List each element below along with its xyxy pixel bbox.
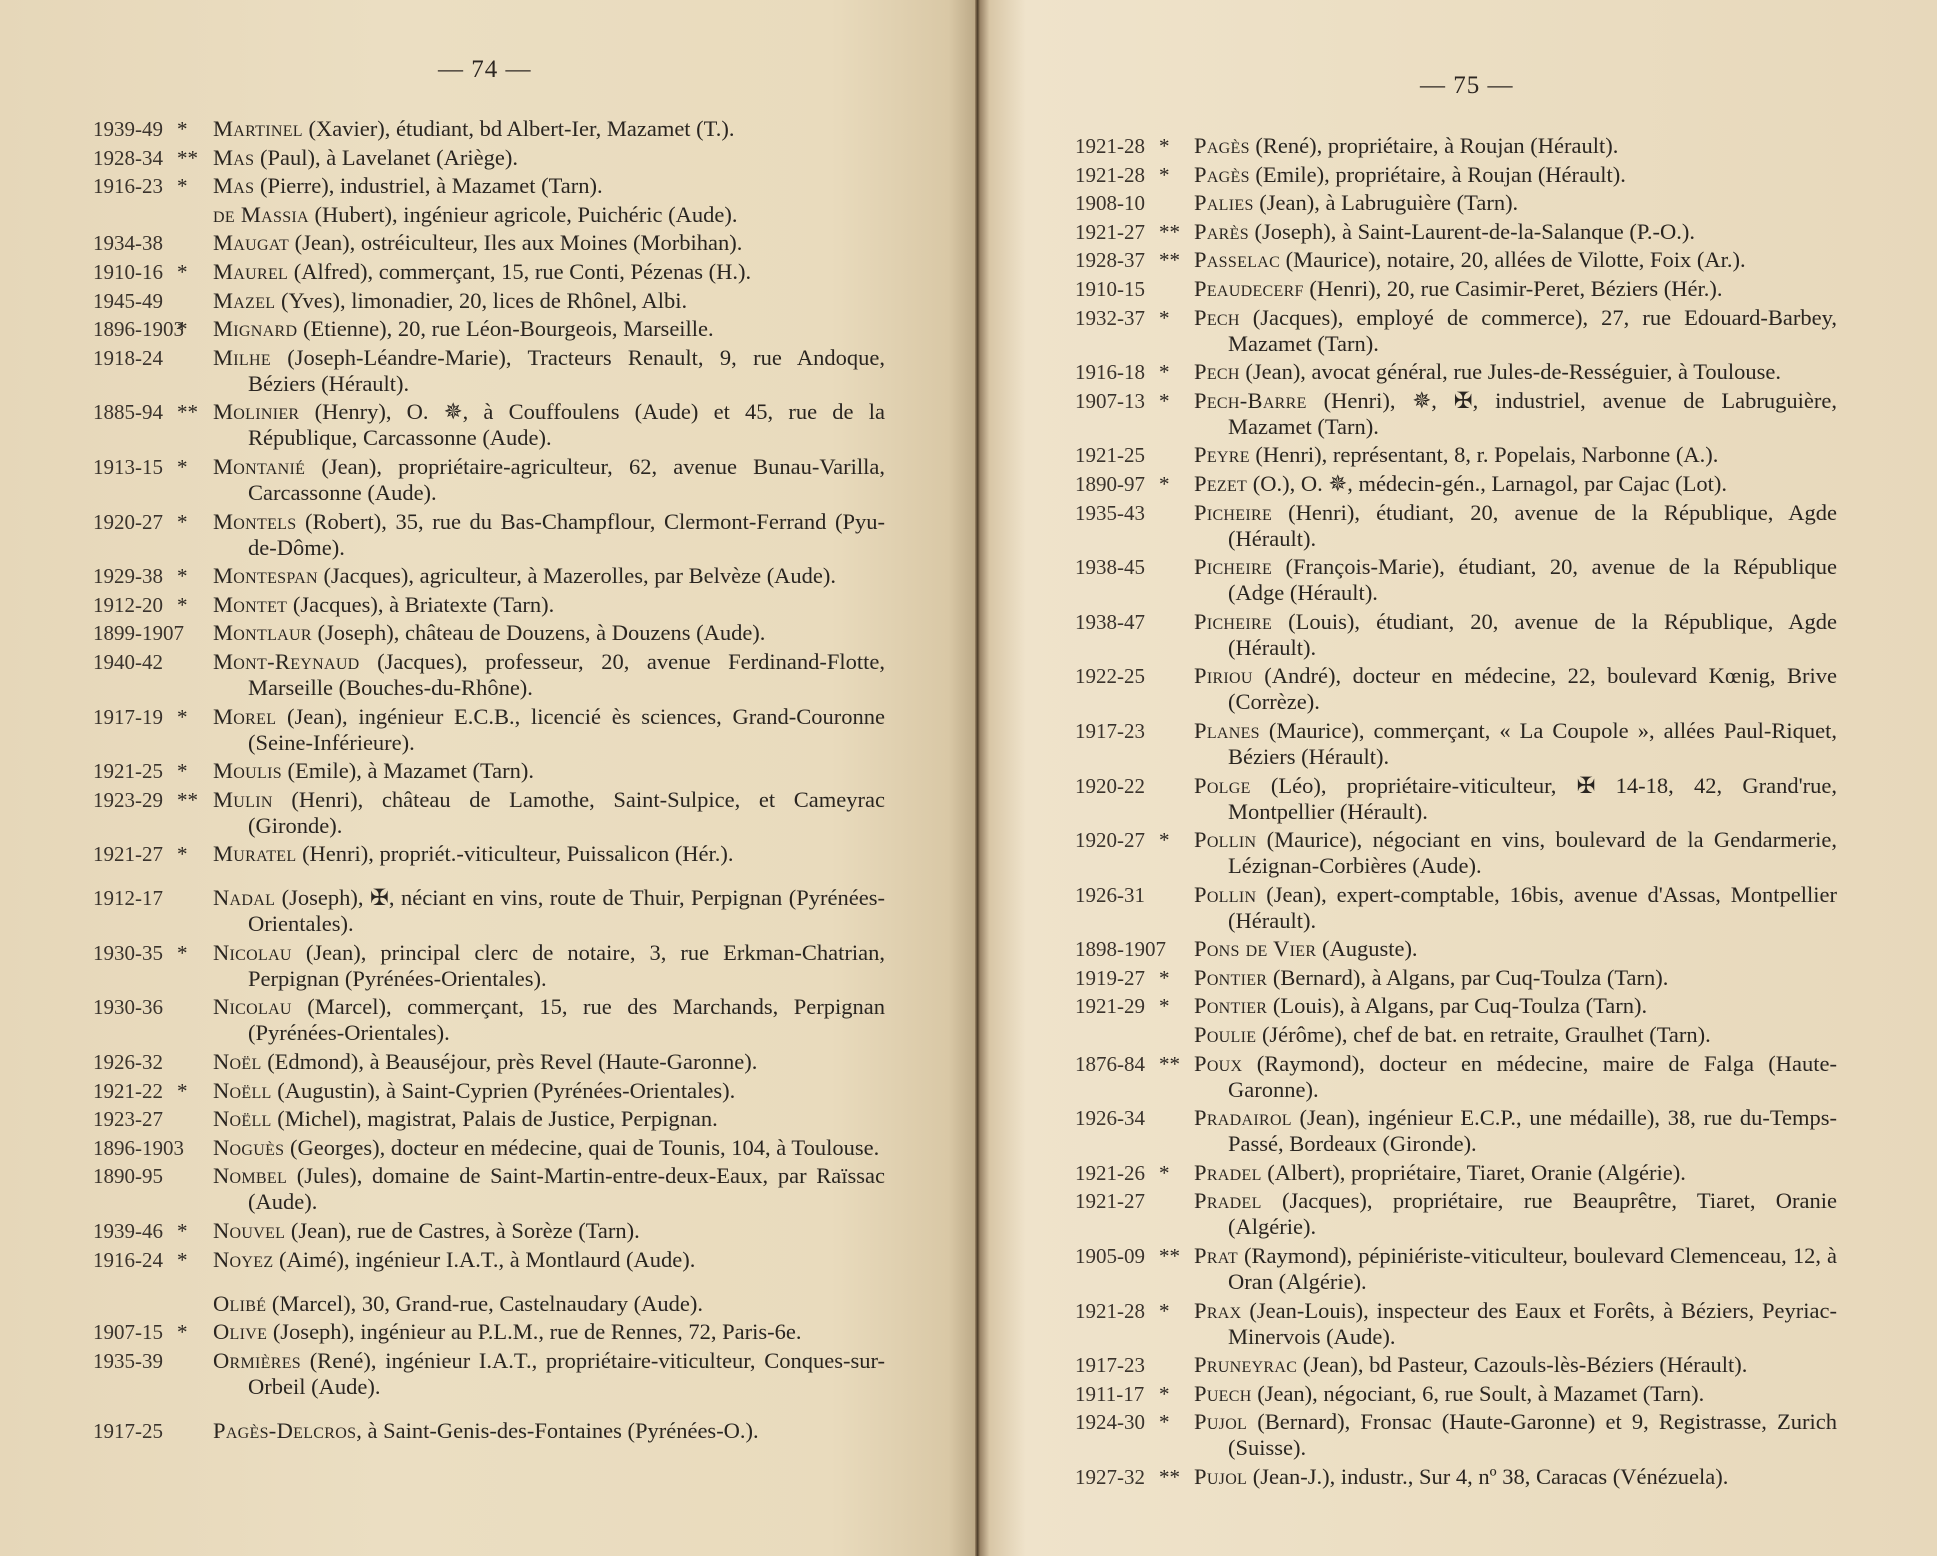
entry-body: Mazel (Yves), limonadier, 20, lices de R… xyxy=(93,288,885,314)
entry-surname: Moulis xyxy=(213,758,282,783)
entry-surname: Pujol xyxy=(1194,1464,1247,1489)
entry-body: Muratel (Henri), propriét.-viticulteur, … xyxy=(93,841,885,867)
list-item: 1912-17Nadal (Joseph), ✠, néciant en vin… xyxy=(93,885,885,937)
entry-details: (Léo), propriétaire-viticulteur, ✠ 14-18… xyxy=(1228,773,1837,824)
entry-body: Martinel (Xavier), étudiant, bd Albert-I… xyxy=(93,116,885,142)
entry-surname: Picheire xyxy=(1194,500,1272,525)
entry-body: Picheire (Henri), étudiant, 20, avenue d… xyxy=(1075,500,1837,552)
list-item: 1908-10Palies (Jean), à Labruguière (Tar… xyxy=(1075,190,1837,216)
page-number: — 75 — xyxy=(1420,72,1514,100)
entry-body: Picheire (François-Marie), étudiant, 20,… xyxy=(1075,554,1837,606)
entry-details: (Xavier), étudiant, bd Albert-Ier, Mazam… xyxy=(303,116,735,141)
entry-years: 1921-25 xyxy=(93,758,163,784)
entry-details: (Augustin), à Saint-Cyprien (Pyrénées-Or… xyxy=(272,1078,736,1103)
entry-years: 1912-20 xyxy=(93,592,163,618)
entry-list: 1921-28*Pagès (René), propriétaire, à Ro… xyxy=(1075,133,1837,1493)
entry-mark: * xyxy=(1159,388,1170,414)
entry-surname: Peaudecerf xyxy=(1194,276,1304,301)
entry-surname: Pagès-Delcros xyxy=(213,1418,356,1443)
entry-years: 1920-27 xyxy=(1075,827,1145,853)
entry-surname: Prax xyxy=(1194,1298,1242,1323)
entry-mark: * xyxy=(177,841,188,867)
entry-details: (Henri), représentant, 8, r. Popelais, N… xyxy=(1250,442,1719,467)
entry-surname: Pontier xyxy=(1194,965,1267,990)
entry-body: Pujol (Bernard), Fronsac (Haute-Garonne)… xyxy=(1075,1409,1837,1461)
list-item: 1890-95Nombel (Jules), domaine de Saint-… xyxy=(93,1163,885,1215)
entry-years: 1926-31 xyxy=(1075,882,1145,908)
entry-years: 1917-25 xyxy=(93,1418,163,1444)
entry-body: Mas (Paul), à Lavelanet (Ariège). xyxy=(93,145,885,171)
entry-surname: Noëll xyxy=(213,1106,272,1131)
entry-surname: Montet xyxy=(213,592,287,617)
entry-surname: Puech xyxy=(1194,1381,1252,1406)
entry-years: 1907-13 xyxy=(1075,388,1145,414)
entry-years: 1926-34 xyxy=(1075,1105,1145,1131)
entry-surname: Palies xyxy=(1194,190,1254,215)
entry-details: (Jacques), propriétaire, rue Beauprêtre,… xyxy=(1228,1188,1837,1239)
entry-surname: Mulin xyxy=(213,787,273,812)
entry-details: (Jean), négociant, 6, rue Soult, à Mazam… xyxy=(1252,1381,1705,1406)
entry-years: 1905-09 xyxy=(1075,1243,1145,1269)
entry-surname: Pradairol xyxy=(1194,1105,1292,1130)
entry-surname: Pezet xyxy=(1194,471,1247,496)
entry-details: (Jules), domaine de Saint-Martin-entre-d… xyxy=(248,1163,885,1214)
list-item: 1921-29*Pontier (Louis), à Algans, par C… xyxy=(1075,993,1837,1019)
entry-surname: Passelac xyxy=(1194,247,1280,272)
entry-years: 1917-19 xyxy=(93,704,163,730)
list-item: 1921-28*Pagès (René), propriétaire, à Ro… xyxy=(1075,133,1837,159)
entry-details: (René), ingénieur I.A.T., propriétaire-v… xyxy=(248,1348,885,1399)
entry-mark: * xyxy=(1159,827,1170,853)
entry-surname: Pruneyrac xyxy=(1194,1352,1297,1377)
entry-surname: Pollin xyxy=(1194,882,1256,907)
entry-surname: Pradel xyxy=(1194,1188,1262,1213)
list-item: 1928-37**Passelac (Maurice), notaire, 20… xyxy=(1075,247,1837,273)
entry-mark: * xyxy=(177,1319,188,1345)
entry-details: (Yves), limonadier, 20, lices de Rhônel,… xyxy=(275,288,687,313)
entry-surname: Mas xyxy=(213,145,254,170)
entry-details: (Jean), ingénieur E.C.B., licencié ès sc… xyxy=(248,704,885,755)
entry-surname: Morel xyxy=(213,704,276,729)
entry-surname: Poulie xyxy=(1194,1022,1256,1047)
entry-body: Pollin (Jean), expert-comptable, 16bis, … xyxy=(1075,882,1837,934)
book-gutter xyxy=(975,0,980,1556)
list-item: 1917-23Planes (Maurice), commerçant, « L… xyxy=(1075,718,1837,770)
list-item: 1932-37*Pech (Jacques), employé de comme… xyxy=(1075,305,1837,357)
entry-details: (Jean), ingénieur E.C.P., une médaille),… xyxy=(1228,1105,1837,1156)
entry-mark: ** xyxy=(177,399,198,425)
entry-mark: ** xyxy=(1159,1243,1180,1269)
entry-body: Pezet (O.), O. ✵, médecin-gén., Larnagol… xyxy=(1075,471,1837,497)
list-item: 1918-24Milhe (Joseph-Léandre-Marie), Tra… xyxy=(93,345,885,397)
entry-details: (Jacques), employé de commerce), 27, rue… xyxy=(1228,305,1837,356)
entry-years: 1927-32 xyxy=(1075,1464,1145,1490)
entry-details: (Henry), O. ✵, à Couffoulens (Aude) et 4… xyxy=(248,399,885,450)
entry-body: Noëll (Augustin), à Saint-Cyprien (Pyrén… xyxy=(93,1078,885,1104)
entry-body: Pradel (Albert), propriétaire, Tiaret, O… xyxy=(1075,1160,1837,1186)
entry-body: Noguès (Georges), docteur en médecine, q… xyxy=(93,1135,885,1161)
entry-mark: * xyxy=(1159,133,1170,159)
list-item: 1919-27*Pontier (Bernard), à Algans, par… xyxy=(1075,965,1837,991)
entry-body: Pradairol (Jean), ingénieur E.C.P., une … xyxy=(1075,1105,1837,1157)
entry-body: Pagès (René), propriétaire, à Roujan (Hé… xyxy=(1075,133,1837,159)
list-item: 1926-34Pradairol (Jean), ingénieur E.C.P… xyxy=(1075,1105,1837,1157)
list-item: 1926-32Noël (Edmond), à Beauséjour, près… xyxy=(93,1049,885,1075)
entry-mark: * xyxy=(1159,993,1170,1019)
entry-details: (Edmond), à Beauséjour, près Revel (Haut… xyxy=(262,1049,758,1074)
entry-surname: Mazel xyxy=(213,288,275,313)
entry-years: 1917-23 xyxy=(1075,718,1145,744)
entry-years: 1916-23 xyxy=(93,173,163,199)
entry-surname: Olibé xyxy=(213,1291,266,1316)
entry-mark: * xyxy=(1159,359,1170,385)
entry-details: , à Saint-Genis-des-Fontaines (Pyrénées-… xyxy=(356,1418,758,1443)
entry-body: Pech (Jacques), employé de commerce), 27… xyxy=(1075,305,1837,357)
entry-body: Puech (Jean), négociant, 6, rue Soult, à… xyxy=(1075,1381,1837,1407)
entry-details: (Jacques), à Briatexte (Tarn). xyxy=(287,592,554,617)
entry-body: Palies (Jean), à Labruguière (Tarn). xyxy=(1075,190,1837,216)
list-item: 1905-09**Prat (Raymond), pépiniériste-vi… xyxy=(1075,1243,1837,1295)
entry-mark: * xyxy=(177,116,188,142)
list-item: Poulie (Jérôme), chef de bat. en retrait… xyxy=(1075,1022,1837,1048)
list-item: 1923-27Noëll (Michel), magistrat, Palais… xyxy=(93,1106,885,1132)
entry-surname: Nouvel xyxy=(213,1218,285,1243)
entry-body: Picheire (Louis), étudiant, 20, avenue d… xyxy=(1075,609,1837,661)
entry-years: 1916-18 xyxy=(1075,359,1145,385)
entry-body: Milhe (Joseph-Léandre-Marie), Tracteurs … xyxy=(93,345,885,397)
entry-details: (Emile), à Mazamet (Tarn). xyxy=(282,758,534,783)
entry-details: (René), propriétaire, à Roujan (Hérault)… xyxy=(1250,133,1619,158)
entry-details: (Raymond), pépiniériste-viticulteur, bou… xyxy=(1228,1243,1837,1294)
list-item: Olibé (Marcel), 30, Grand-rue, Castelnau… xyxy=(93,1291,885,1317)
entry-years: 1896-1903 xyxy=(93,1135,184,1161)
entry-mark: ** xyxy=(1159,1464,1180,1490)
entry-surname: Pontier xyxy=(1194,993,1267,1018)
entry-years: 1939-49 xyxy=(93,116,163,142)
entry-details: (Joseph-Léandre-Marie), Tracteurs Renaul… xyxy=(248,345,885,396)
list-item: 1907-13*Pech-Barre (Henri), ✵, ✠, indust… xyxy=(1075,388,1837,440)
entry-years: 1921-28 xyxy=(1075,133,1145,159)
entry-body: Parès (Joseph), à Saint-Laurent-de-la-Sa… xyxy=(1075,219,1837,245)
entry-body: Mont-Reynaud (Jacques), professeur, 20, … xyxy=(93,649,885,701)
list-item: 1921-27**Parès (Joseph), à Saint-Laurent… xyxy=(1075,219,1837,245)
list-item: 1938-45Picheire (François-Marie), étudia… xyxy=(1075,554,1837,606)
list-item: 1921-25*Moulis (Emile), à Mazamet (Tarn)… xyxy=(93,758,885,784)
entry-body: de Massia (Hubert), ingénieur agricole, … xyxy=(93,202,885,228)
entry-surname: Picheire xyxy=(1194,554,1272,579)
entry-surname: Polge xyxy=(1194,773,1251,798)
entry-details: (Jean), principal clerc de notaire, 3, r… xyxy=(248,940,885,991)
entry-body: Noyez (Aimé), ingénieur I.A.T., à Montla… xyxy=(93,1247,885,1273)
entry-details: (Jean-J.), industr., Sur 4, nº 38, Carac… xyxy=(1247,1464,1728,1489)
entry-years: 1910-15 xyxy=(1075,276,1145,302)
entry-body: Ormières (René), ingénieur I.A.T., propr… xyxy=(93,1348,885,1400)
entry-body: Nicolau (Jean), principal clerc de notai… xyxy=(93,940,885,992)
entry-body: Prat (Raymond), pépiniériste-viticulteur… xyxy=(1075,1243,1837,1295)
entry-body: Pech (Jean), avocat général, rue Jules-d… xyxy=(1075,359,1837,385)
list-item: 1921-27*Muratel (Henri), propriét.-vitic… xyxy=(93,841,885,867)
entry-years: 1922-25 xyxy=(1075,663,1145,689)
list-item: 1927-32**Pujol (Jean-J.), industr., Sur … xyxy=(1075,1464,1837,1490)
list-item: 1921-22*Noëll (Augustin), à Saint-Cyprie… xyxy=(93,1078,885,1104)
list-item: 1926-31Pollin (Jean), expert-comptable, … xyxy=(1075,882,1837,934)
entry-surname: Pons de Vier xyxy=(1194,936,1316,961)
entry-years: 1929-38 xyxy=(93,563,163,589)
entry-surname: Pagès xyxy=(1194,133,1250,158)
entry-years: 1921-28 xyxy=(1075,162,1145,188)
entry-mark: * xyxy=(177,592,188,618)
entry-mark: * xyxy=(177,509,188,535)
entry-surname: Ormières xyxy=(213,1348,301,1373)
entry-body: Polge (Léo), propriétaire-viticulteur, ✠… xyxy=(1075,773,1837,825)
entry-years: 1935-43 xyxy=(1075,500,1145,526)
entry-details: (Jean), propriétaire-agriculteur, 62, av… xyxy=(248,454,885,505)
entry-years: 1919-27 xyxy=(1075,965,1145,991)
entry-years: 1935-39 xyxy=(93,1348,163,1374)
entry-surname: Montespan xyxy=(213,563,318,588)
list-item: 1912-20*Montet (Jacques), à Briatexte (T… xyxy=(93,592,885,618)
entry-body: Poux (Raymond), docteur en médecine, mai… xyxy=(1075,1051,1837,1103)
entry-years: 1899-1907 xyxy=(93,620,184,646)
entry-surname: Pagès xyxy=(1194,162,1250,187)
list-item: 1928-34**Mas (Paul), à Lavelanet (Ariège… xyxy=(93,145,885,171)
entry-surname: Pech xyxy=(1194,359,1240,384)
entry-mark: ** xyxy=(177,787,198,813)
entry-years: 1920-27 xyxy=(93,509,163,535)
list-item: 1921-27Pradel (Jacques), propriétaire, r… xyxy=(1075,1188,1837,1240)
entry-years: 1921-22 xyxy=(93,1078,163,1104)
list-item: 1920-22Polge (Léo), propriétaire-viticul… xyxy=(1075,773,1837,825)
entry-body: Pollin (Maurice), négociant en vins, bou… xyxy=(1075,827,1837,879)
list-item: 1940-42Mont-Reynaud (Jacques), professeu… xyxy=(93,649,885,701)
entry-details: (Raymond), docteur en médecine, maire de… xyxy=(1228,1051,1837,1102)
entry-details: (Jean), rue de Castres, à Sorèze (Tarn). xyxy=(285,1218,640,1243)
entry-details: (Hubert), ingénieur agricole, Puichéric … xyxy=(309,202,738,227)
entry-body: Passelac (Maurice), notaire, 20, allées … xyxy=(1075,247,1837,273)
entry-mark: * xyxy=(1159,162,1170,188)
entry-mark: * xyxy=(177,1218,188,1244)
entry-surname: Pollin xyxy=(1194,827,1256,852)
list-item: 1934-38Maugat (Jean), ostréiculteur, Ile… xyxy=(93,230,885,256)
list-item: 1921-26*Pradel (Albert), propriétaire, T… xyxy=(1075,1160,1837,1186)
entry-details: (Jean), bd Pasteur, Cazouls-lès-Béziers … xyxy=(1297,1352,1747,1377)
entry-body: Montlaur (Joseph), château de Douzens, à… xyxy=(93,620,885,646)
entry-details: (Jean), à Labruguière (Tarn). xyxy=(1254,190,1519,215)
entry-body: Mignard (Etienne), 20, rue Léon-Bourgeoi… xyxy=(93,316,885,342)
entry-surname: Martinel xyxy=(213,116,303,141)
entry-surname: Peyre xyxy=(1194,442,1250,467)
list-item: 1876-84**Poux (Raymond), docteur en méde… xyxy=(1075,1051,1837,1103)
entry-body: Pons de Vier (Auguste). xyxy=(1075,936,1837,962)
entry-mark: * xyxy=(1159,1160,1170,1186)
entry-years: 1928-34 xyxy=(93,145,163,171)
list-item: 1939-49*Martinel (Xavier), étudiant, bd … xyxy=(93,116,885,142)
entry-details: (Louis), à Algans, par Cuq-Toulza (Tarn)… xyxy=(1267,993,1647,1018)
list-item: 1929-38*Montespan (Jacques), agriculteur… xyxy=(93,563,885,589)
entry-years: 1923-27 xyxy=(93,1106,163,1132)
entry-surname: Parès xyxy=(1194,219,1249,244)
entry-surname: Mignard xyxy=(213,316,297,341)
entry-details: (Michel), magistrat, Palais de Justice, … xyxy=(272,1106,718,1131)
entry-years: 1938-47 xyxy=(1075,609,1145,635)
entry-surname: Piriou xyxy=(1194,663,1253,688)
entry-body: Nadal (Joseph), ✠, néciant en vins, rout… xyxy=(93,885,885,937)
entry-surname: Picheire xyxy=(1194,609,1272,634)
entry-years: 1930-35 xyxy=(93,940,163,966)
entry-body: Olive (Joseph), ingénieur au P.L.M., rue… xyxy=(93,1319,885,1345)
entry-details: (Aimé), ingénieur I.A.T., à Montlaurd (A… xyxy=(273,1247,695,1272)
entry-details: (Henri), ✵, ✠, industriel, avenue de Lab… xyxy=(1228,388,1837,439)
entry-body: Molinier (Henry), O. ✵, à Couffoulens (A… xyxy=(93,399,885,451)
entry-mark: * xyxy=(177,563,188,589)
entry-details: (Jean-Louis), inspecteur des Eaux et For… xyxy=(1228,1298,1837,1349)
entry-years: 1939-46 xyxy=(93,1218,163,1244)
entry-body: Prax (Jean-Louis), inspecteur des Eaux e… xyxy=(1075,1298,1837,1350)
entry-surname: Prat xyxy=(1194,1243,1238,1268)
entry-details: (O.), O. ✵, médecin-gén., Larnagol, par … xyxy=(1247,471,1727,496)
entry-years: 1890-95 xyxy=(93,1163,163,1189)
entry-body: Pontier (Bernard), à Algans, par Cuq-Tou… xyxy=(1075,965,1837,991)
entry-details: (Maurice), notaire, 20, allées de Vilott… xyxy=(1280,247,1746,272)
entry-surname: Muratel xyxy=(213,841,296,866)
entry-surname: Pujol xyxy=(1194,1409,1247,1434)
list-item: 1921-25Peyre (Henri), représentant, 8, r… xyxy=(1075,442,1837,468)
entry-mark: * xyxy=(1159,965,1170,991)
entry-surname: Mas xyxy=(213,173,254,198)
list-item: 1916-23*Mas (Pierre), industriel, à Maza… xyxy=(93,173,885,199)
entry-body: Poulie (Jérôme), chef de bat. en retrait… xyxy=(1075,1022,1837,1048)
list-item: 1916-18*Pech (Jean), avocat général, rue… xyxy=(1075,359,1837,385)
list-item: 1924-30*Pujol (Bernard), Fronsac (Haute-… xyxy=(1075,1409,1837,1461)
entry-details: (Jean), avocat général, rue Jules-de-Res… xyxy=(1240,359,1781,384)
entry-body: Maurel (Alfred), commerçant, 15, rue Con… xyxy=(93,259,885,285)
entry-years: 1918-24 xyxy=(93,345,163,371)
entry-years: 1940-42 xyxy=(93,649,163,675)
entry-body: Noëll (Michel), magistrat, Palais de Jus… xyxy=(93,1106,885,1132)
entry-mark: * xyxy=(177,1078,188,1104)
entry-details: (Marcel), 30, Grand-rue, Castelnaudary (… xyxy=(266,1291,703,1316)
list-item: 1907-15*Olive (Joseph), ingénieur au P.L… xyxy=(93,1319,885,1345)
entry-years: 1921-28 xyxy=(1075,1298,1145,1324)
entry-surname: Pech-Barre xyxy=(1194,388,1307,413)
entry-details: (Joseph), à Saint-Laurent-de-la-Salanque… xyxy=(1249,219,1695,244)
entry-list: 1939-49*Martinel (Xavier), étudiant, bd … xyxy=(93,116,885,1446)
entry-body: Montels (Robert), 35, rue du Bas-Champfl… xyxy=(93,509,885,561)
list-item: 1896-1903*Mignard (Etienne), 20, rue Léo… xyxy=(93,316,885,342)
entry-surname: Mont-Reynaud xyxy=(213,649,360,674)
entry-mark: * xyxy=(1159,471,1170,497)
list-item: 1935-39Ormières (René), ingénieur I.A.T.… xyxy=(93,1348,885,1400)
entry-details: (Pierre), industriel, à Mazamet (Tarn). xyxy=(254,173,602,198)
entry-details: (Henri), château de Lamothe, Saint-Sulpi… xyxy=(248,787,885,838)
entry-surname: Nombel xyxy=(213,1163,287,1188)
entry-surname: Olive xyxy=(213,1319,267,1344)
entry-years: 1890-97 xyxy=(1075,471,1145,497)
list-item: 1921-28*Pagès (Emile), propriétaire, à R… xyxy=(1075,162,1837,188)
entry-years: 1923-29 xyxy=(93,787,163,813)
entry-mark: * xyxy=(177,758,188,784)
entry-body: Nombel (Jules), domaine de Saint-Martin-… xyxy=(93,1163,885,1215)
entry-details: (Maurice), négociant en vins, boulevard … xyxy=(1228,827,1837,878)
entry-years: 1930-36 xyxy=(93,994,163,1020)
entry-body: Pech-Barre (Henri), ✵, ✠, industriel, av… xyxy=(1075,388,1837,440)
entry-years: 1945-49 xyxy=(93,288,163,314)
entry-years: 1926-32 xyxy=(93,1049,163,1075)
entry-years: 1911-17 xyxy=(1075,1381,1144,1407)
entry-years: 1916-24 xyxy=(93,1247,163,1273)
entry-details: (Auguste). xyxy=(1316,936,1417,961)
entry-years: 1934-38 xyxy=(93,230,163,256)
entry-surname: Montels xyxy=(213,509,296,534)
entry-surname: Milhe xyxy=(213,345,271,370)
entry-body: Maugat (Jean), ostréiculteur, Iles aux M… xyxy=(93,230,885,256)
list-item: 1885-94**Molinier (Henry), O. ✵, à Couff… xyxy=(93,399,885,451)
entry-body: Mas (Pierre), industriel, à Mazamet (Tar… xyxy=(93,173,885,199)
entry-surname: Pradel xyxy=(1194,1160,1262,1185)
list-item: 1922-25Piriou (André), docteur en médeci… xyxy=(1075,663,1837,715)
entry-mark: * xyxy=(177,316,188,342)
list-item: 1896-1903Noguès (Georges), docteur en mé… xyxy=(93,1135,885,1161)
entry-details: (Jean), ostréiculteur, Iles aux Moines (… xyxy=(289,230,742,255)
entry-body: Pagès (Emile), propriétaire, à Roujan (H… xyxy=(1075,162,1837,188)
entry-details: (Alfred), commerçant, 15, rue Conti, Péz… xyxy=(288,259,751,284)
entry-years: 1921-27 xyxy=(1075,219,1145,245)
entry-mark: * xyxy=(177,259,188,285)
entry-body: Noël (Edmond), à Beauséjour, près Revel … xyxy=(93,1049,885,1075)
list-item: 1899-1907Montlaur (Joseph), château de D… xyxy=(93,620,885,646)
entry-details: (Jérôme), chef de bat. en retraite, Grau… xyxy=(1256,1022,1710,1047)
list-item: 1938-47Picheire (Louis), étudiant, 20, a… xyxy=(1075,609,1837,661)
entry-body: Nicolau (Marcel), commerçant, 15, rue de… xyxy=(93,994,885,1046)
list-item: 1911-17*Puech (Jean), négociant, 6, rue … xyxy=(1075,1381,1837,1407)
list-item: 1939-46*Nouvel (Jean), rue de Castres, à… xyxy=(93,1218,885,1244)
entry-body: Morel (Jean), ingénieur E.C.B., licencié… xyxy=(93,704,885,756)
entry-details: (Joseph), ingénieur au P.L.M., rue de Re… xyxy=(267,1319,801,1344)
entry-details: (Paul), à Lavelanet (Ariège). xyxy=(254,145,518,170)
entry-details: (Robert), 35, rue du Bas-Champflour, Cle… xyxy=(248,509,885,560)
list-item: 1921-28*Prax (Jean-Louis), inspecteur de… xyxy=(1075,1298,1837,1350)
entry-details: (Henri), étudiant, 20, avenue de la Répu… xyxy=(1228,500,1837,551)
entry-surname: Pech xyxy=(1194,305,1240,330)
entry-details: (André), docteur en médecine, 22, boulev… xyxy=(1228,663,1837,714)
entry-details: (Georges), docteur en médecine, quai de … xyxy=(284,1135,879,1160)
entry-body: Montanié (Jean), propriétaire-agriculteu… xyxy=(93,454,885,506)
entry-years: 1917-23 xyxy=(1075,1352,1145,1378)
entry-surname: Montanié xyxy=(213,454,305,479)
entry-body: Pruneyrac (Jean), bd Pasteur, Cazouls-lè… xyxy=(1075,1352,1837,1378)
entry-surname: Poux xyxy=(1194,1051,1242,1076)
entry-years: 1876-84 xyxy=(1075,1051,1145,1077)
entry-surname: Noëll xyxy=(213,1078,272,1103)
entry-body: Pagès-Delcros, à Saint-Genis-des-Fontain… xyxy=(93,1418,885,1444)
entry-body: Pujol (Jean-J.), industr., Sur 4, nº 38,… xyxy=(1075,1464,1837,1490)
entry-years: 1921-27 xyxy=(93,841,163,867)
entry-body: Pontier (Louis), à Algans, par Cuq-Toulz… xyxy=(1075,993,1837,1019)
entry-body: Montespan (Jacques), agriculteur, à Maze… xyxy=(93,563,885,589)
entry-years: 1907-15 xyxy=(93,1319,163,1345)
list-item: 1917-19*Morel (Jean), ingénieur E.C.B., … xyxy=(93,704,885,756)
entry-surname: Noguès xyxy=(213,1135,284,1160)
entry-mark: ** xyxy=(1159,247,1180,273)
entry-years: 1921-27 xyxy=(1075,1188,1145,1214)
entry-details: (Etienne), 20, rue Léon-Bourgeois, Marse… xyxy=(297,316,713,341)
entry-details: (Maurice), commerçant, « La Coupole », a… xyxy=(1228,718,1837,769)
list-item: 1923-29**Mulin (Henri), château de Lamot… xyxy=(93,787,885,839)
entry-surname: Maugat xyxy=(213,230,289,255)
left-page: — 74 — 1939-49*Martinel (Xavier), étudia… xyxy=(0,0,978,1556)
entry-years: 1924-30 xyxy=(1075,1409,1145,1435)
entry-details: (Joseph), ✠, néciant en vins, route de T… xyxy=(248,885,885,936)
